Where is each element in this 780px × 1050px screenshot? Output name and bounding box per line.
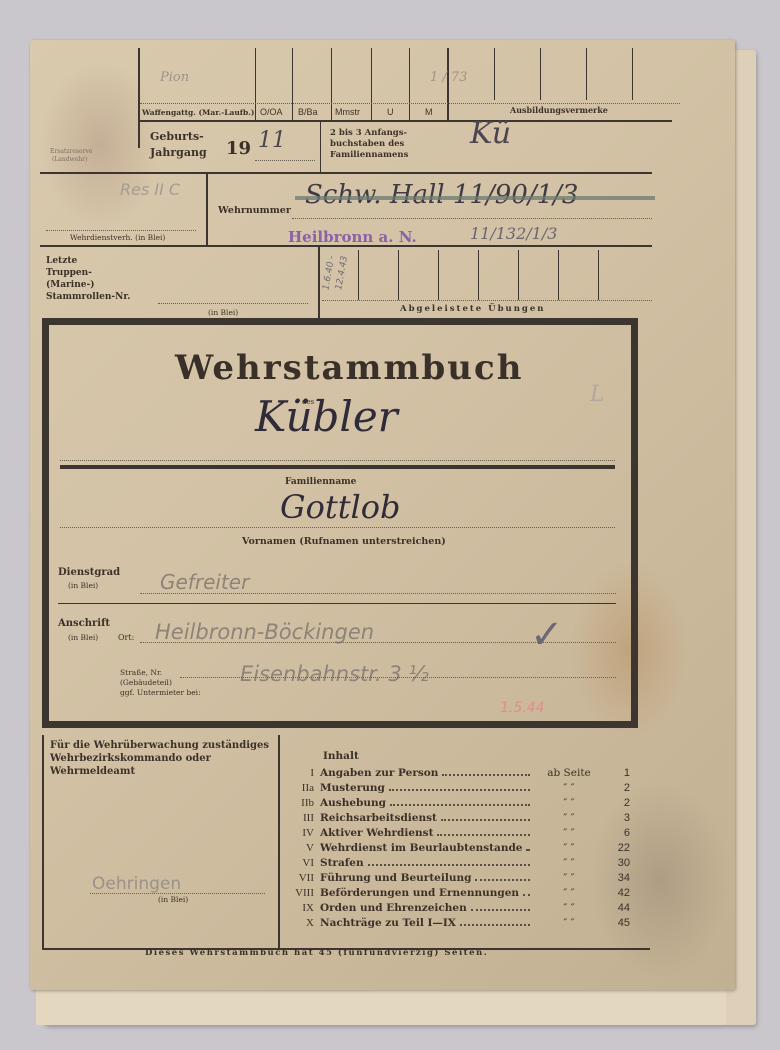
toc-row: IX Orden und Ehrenzeichen ″ ″ 44 [280, 902, 630, 917]
ort-label: Ort: [118, 633, 134, 642]
anfangsbuchstaben-label-1: 2 bis 3 Anfangs- [330, 128, 407, 138]
strasse-value: Eisenbahnstr. 3 ½ [240, 662, 429, 686]
wehrmeldeamt-in-blei: (in Blei) [158, 895, 188, 904]
b-ba-label: B/Ba [298, 107, 318, 117]
dienstgrad-label: Dienstgrad [58, 567, 120, 578]
vornamen-label: Vornamen (Rufnamen unterstreichen) [242, 536, 446, 547]
wehrnummer-struck-value: Schw. Hall 11/90/1/3 [305, 180, 578, 210]
geburtsjahr-prefix: 19 [226, 138, 251, 159]
toc-row: VIII Beförderungen und Ernennungen ″ ″ 4… [280, 887, 630, 902]
footer-page-count: Dieses Wehrstammbuch hat 45 (fünfundvier… [145, 948, 488, 958]
ausbildungsvermerke-label: Ausbildungsvermerke [510, 105, 608, 115]
anschrift-label: Anschrift [58, 618, 110, 629]
letzte-label: Letzte [46, 256, 77, 266]
waffengattung-value: Pion [160, 70, 189, 85]
document-title: Wehrstammbuch [175, 348, 523, 388]
m-label: M [425, 107, 433, 117]
anfangsbuchstaben-label-3: Familiennamens [330, 150, 408, 160]
geburtsjahr-value: 11 [258, 128, 286, 153]
wehrnummer-label: Wehrnummer [218, 205, 291, 216]
familienname-label: Familienname [285, 477, 356, 487]
jahrgang-label: Jahrgang [150, 146, 207, 159]
stain [40, 60, 160, 230]
marine-label: (Marine-) [46, 280, 94, 290]
o-oa-label: O/OA [260, 107, 283, 117]
margin-note: L [590, 382, 605, 407]
waffengattung-label: Waffengattg. (Mar.-Laufb.) [142, 108, 254, 117]
u-label: U [387, 107, 394, 117]
ersatzreserve-label: Ersatzreserve [50, 148, 92, 155]
geburts-label: Geburts- [150, 130, 204, 143]
wehrmeldeamt-value: Oehringen [92, 874, 181, 894]
uebung-entry-2: 12.4.43 [334, 255, 350, 291]
dienstgrad-in-blei: (in Blei) [68, 581, 98, 590]
red-pencil-note: 1.5.44 [500, 700, 545, 716]
strikethrough-line [295, 196, 655, 200]
toc-row: IIb Aushebung ″ ″ 2 [280, 797, 630, 812]
uebungen-label: Abgeleistete Übungen [400, 304, 545, 314]
truppen-in-blei: (in Blei) [208, 308, 238, 317]
toc-row: VI Strafen ″ ″ 30 [280, 857, 630, 872]
anschrift-in-blei: (in Blei) [68, 633, 98, 642]
truppen-label: Truppen- [46, 268, 92, 278]
vornamen-value: Gottlob [280, 488, 401, 526]
wehrueberwachung-line-2: Wehrbezirkskommando oder [50, 753, 211, 764]
toc-row: IIa Musterung ″ ″ 2 [280, 782, 630, 797]
toc-row: I Angaben zur Person ab Seite 1 [280, 767, 630, 782]
table-of-contents: I Angaben zur Person ab Seite 1 IIa Must… [280, 767, 630, 947]
wehrnummer-value: 11/132/1/3 [470, 224, 557, 243]
wehrueberwachung-line-3: Wehrmeldeamt [50, 766, 135, 777]
mmstr-label: Mmstr [335, 107, 360, 117]
anfangsbuchstaben-label-2: buchstaben des [330, 139, 404, 149]
m-value: 1 / 73 [430, 70, 467, 85]
toc-row: X Nachträge zu Teil I—IX ″ ″ 45 [280, 917, 630, 932]
landwehr-label: (Landwehr) [52, 156, 87, 163]
toc-row: III Reichsarbeitsdienst ″ ″ 3 [280, 812, 630, 827]
strasse-label: Straße, Nr. [120, 668, 162, 677]
anfangsbuchstaben-value: Kü [470, 116, 511, 151]
wehrdienstverh-value: Res II C [120, 180, 180, 199]
stammrollen-label: Stammrollen-Nr. [46, 292, 130, 302]
toc-row: VII Führung und Beurteilung ″ ″ 34 [280, 872, 630, 887]
dienstgrad-value: Gefreiter [160, 570, 249, 594]
gebaeude-label: (Gebäudeteil) [120, 678, 172, 687]
ort-value: Heilbronn-Böckingen [155, 620, 374, 644]
wehrueberwachung-line-1: Für die Wehrüberwachung zuständiges [50, 740, 269, 751]
check-mark: ✓ [530, 612, 564, 658]
heilbronn-stamp: Heilbronn a. N. [288, 228, 417, 246]
untermieter-label: ggf. Untermieter bei: [120, 688, 201, 697]
wehrstammbuch-cover: Pion 1 / 73 Waffengattg. (Mar.-Laufb.) O… [30, 40, 735, 990]
toc-row: IV Aktiver Wehrdienst ″ ″ 6 [280, 827, 630, 842]
inhalt-title: Inhalt [323, 750, 359, 762]
toc-row: V Wehrdienst im Beurlaubtenstande ″ ″ 22 [280, 842, 630, 857]
familienname-value: Kübler [255, 392, 398, 441]
wehrdienstverh-label: Wehrdienstverh. (in Blei) [70, 233, 165, 242]
